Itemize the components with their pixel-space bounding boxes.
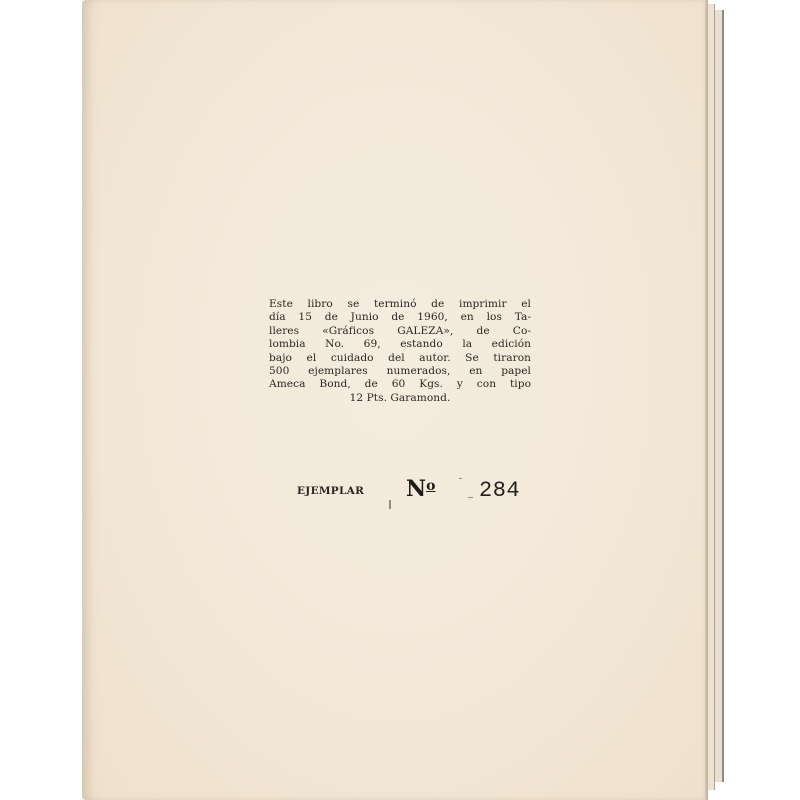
colophon-line: lleres «Gráficos GALEZA», de Co- xyxy=(269,325,531,338)
colophon-text-block: Este libro se terminó de imprimir el día… xyxy=(269,298,531,405)
scanned-book-page-scene: Este libro se terminó de imprimir el día… xyxy=(0,0,800,800)
colophon-line-final: 12 Pts. Garamond. xyxy=(269,392,531,405)
colophon-line: día 15 de Junio de 1960, en los Ta- xyxy=(269,311,531,324)
colophon-line: 500 ejemplares numerados, en papel xyxy=(269,365,531,378)
colophon-line: Ameca Bond, de 60 Kgs. y con tipo xyxy=(269,378,531,391)
colophon-line: Este libro se terminó de imprimir el xyxy=(269,298,531,311)
colophon-line: bajo el cuidado del autor. Se tiraron xyxy=(269,352,531,365)
colophon-line: lombia No. 69, estando la edición xyxy=(269,338,531,351)
